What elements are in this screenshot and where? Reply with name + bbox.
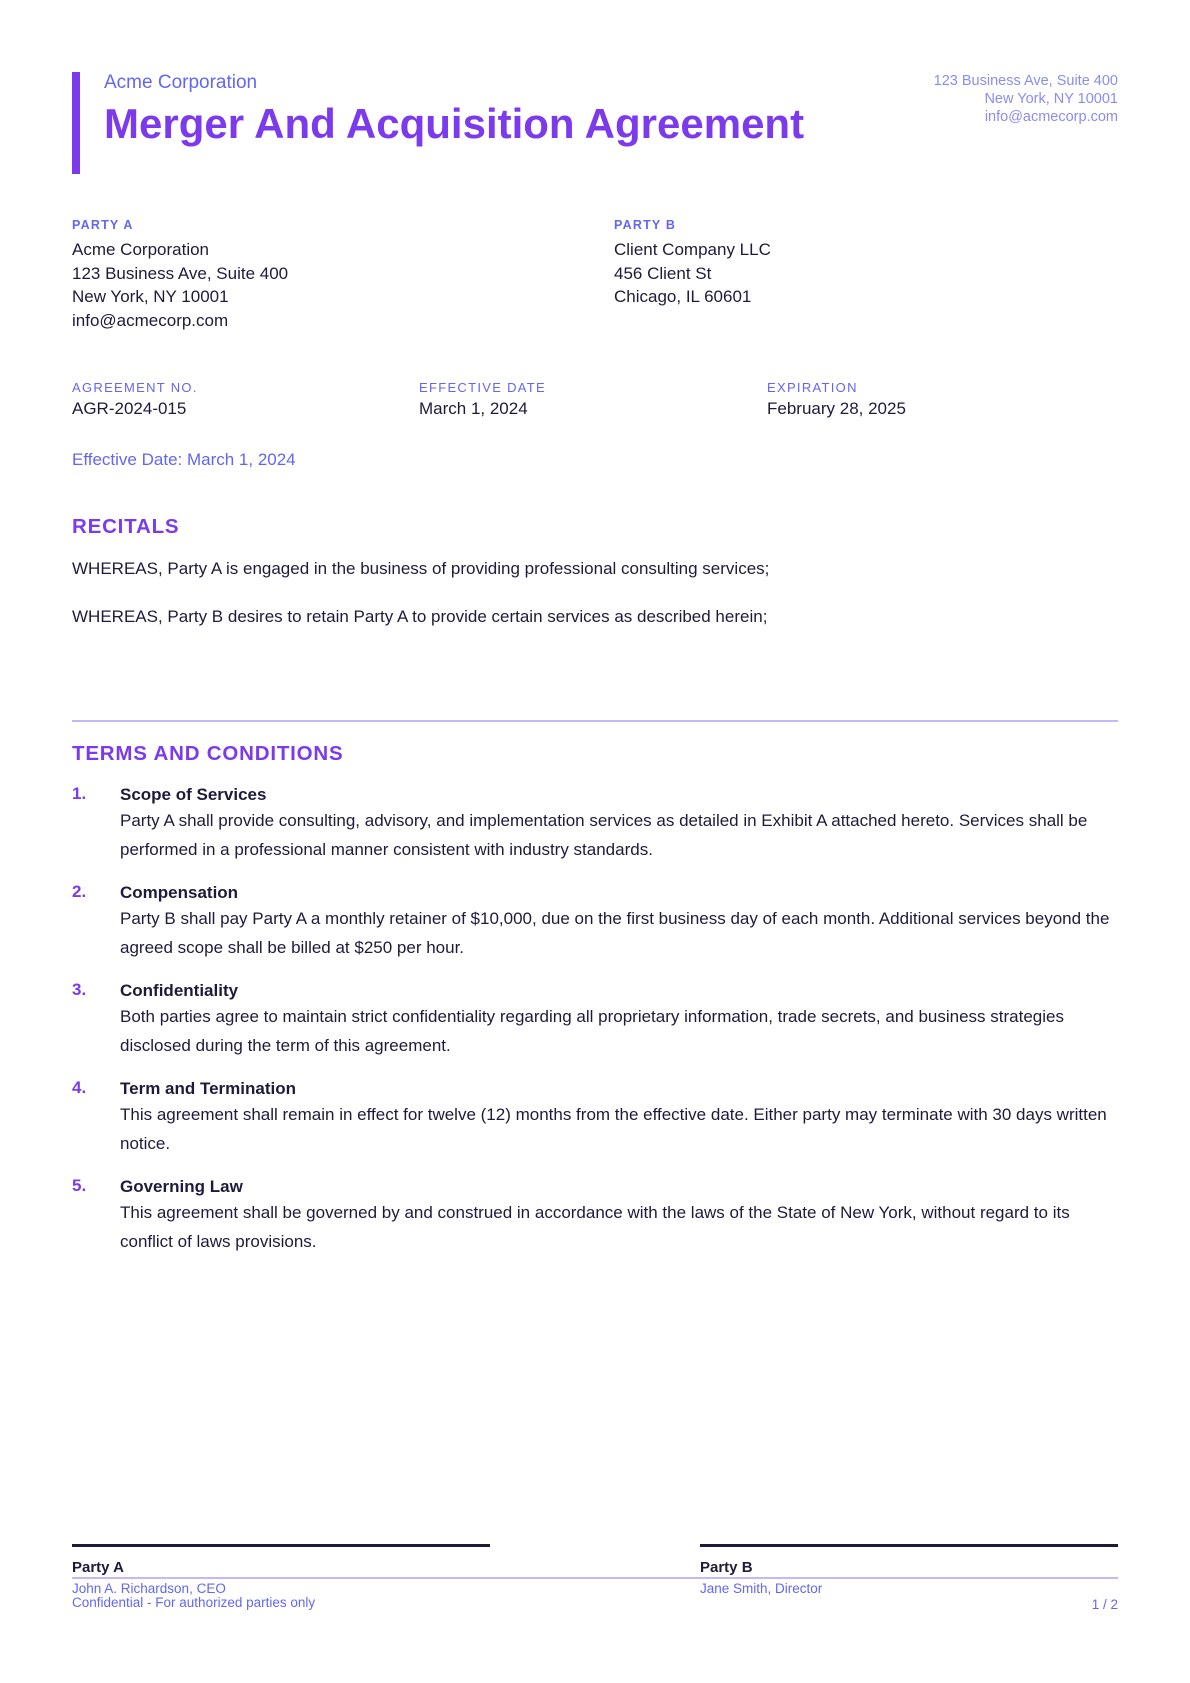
- contact-city: New York, NY 10001: [934, 90, 1118, 108]
- document-title: Merger And Acquisition Agreement: [104, 100, 804, 148]
- agreement-number: AGREEMENT NO. AGR-2024-015: [72, 380, 392, 419]
- term-item: 5. Governing Law This agreement shall be…: [72, 1176, 1118, 1256]
- footer-divider: [72, 1577, 1118, 1579]
- term-item: 1. Scope of Services Party A shall provi…: [72, 784, 1118, 864]
- term-text: Party A shall provide consulting, adviso…: [120, 806, 1118, 864]
- term-title: Term and Termination: [120, 1078, 1118, 1100]
- recital-item: WHEREAS, Party B desires to retain Party…: [72, 607, 767, 627]
- signature-line-party-a[interactable]: [72, 1544, 490, 1547]
- header-contact: 123 Business Ave, Suite 400 New York, NY…: [934, 72, 1118, 126]
- party-a-email: info@acmecorp.com: [72, 309, 552, 333]
- recitals-heading: RECITALS: [72, 515, 179, 539]
- contact-address: 123 Business Ave, Suite 400: [934, 72, 1118, 90]
- confidential-notice: Confidential - For authorized parties on…: [72, 1596, 315, 1610]
- agreement-page: Acme Corporation Merger And Acquisition …: [0, 0, 1190, 1683]
- term-title: Scope of Services: [120, 784, 1118, 806]
- party-a-address: 123 Business Ave, Suite 400: [72, 262, 552, 286]
- term-number: 5.: [72, 1176, 86, 1196]
- party-b-address: 456 Client St: [614, 262, 1094, 286]
- party-b-block: PARTY B Client Company LLC 456 Client St…: [614, 218, 1094, 309]
- effective-date-line: Effective Date: March 1, 2024: [72, 450, 296, 470]
- signatory-party-a: John A. Richardson, CEO: [72, 1582, 226, 1596]
- party-a-block: PARTY A Acme Corporation 123 Business Av…: [72, 218, 552, 332]
- expiration: EXPIRATION February 28, 2025: [767, 380, 1087, 419]
- term-text: This agreement shall remain in effect fo…: [120, 1100, 1118, 1158]
- contact-email: info@acmecorp.com: [934, 108, 1118, 126]
- agreement-number-value: AGR-2024-015: [72, 399, 392, 419]
- party-b-city: Chicago, IL 60601: [614, 285, 1094, 309]
- term-text: This agreement shall be governed by and …: [120, 1198, 1118, 1256]
- term-item: 3. Confidentiality Both parties agree to…: [72, 980, 1118, 1060]
- page-number: 1 / 2: [1092, 1597, 1118, 1612]
- section-divider: [72, 720, 1118, 722]
- expiration-label: EXPIRATION: [767, 380, 1087, 395]
- header-accent-bar: [72, 72, 80, 174]
- agreement-number-label: AGREEMENT NO.: [72, 380, 392, 395]
- term-number: 2.: [72, 882, 86, 902]
- term-number: 3.: [72, 980, 86, 1000]
- effective-date-value: March 1, 2024: [419, 399, 739, 419]
- effective-date: EFFECTIVE DATE March 1, 2024: [419, 380, 739, 419]
- effective-date-label: EFFECTIVE DATE: [419, 380, 739, 395]
- signatory-party-b: Jane Smith, Director: [700, 1582, 822, 1596]
- party-b-name: Client Company LLC: [614, 238, 1094, 262]
- signature-party-b-label: Party B: [700, 1559, 753, 1576]
- party-a-label: PARTY A: [72, 218, 552, 232]
- signature-party-a-label: Party A: [72, 1559, 124, 1576]
- expiration-value: February 28, 2025: [767, 399, 1087, 419]
- signature-line-party-b[interactable]: [700, 1544, 1118, 1547]
- term-text: Both parties agree to maintain strict co…: [120, 1002, 1118, 1060]
- recital-item: WHEREAS, Party A is engaged in the busin…: [72, 559, 769, 579]
- company-name: Acme Corporation: [104, 72, 257, 94]
- party-a-city: New York, NY 10001: [72, 285, 552, 309]
- term-number: 1.: [72, 784, 86, 804]
- term-item: 2. Compensation Party B shall pay Party …: [72, 882, 1118, 962]
- term-title: Compensation: [120, 882, 1118, 904]
- terms-heading: TERMS AND CONDITIONS: [72, 742, 344, 766]
- terms-list: 1. Scope of Services Party A shall provi…: [72, 784, 1118, 1274]
- term-text: Party B shall pay Party A a monthly reta…: [120, 904, 1118, 962]
- term-title: Governing Law: [120, 1176, 1118, 1198]
- term-title: Confidentiality: [120, 980, 1118, 1002]
- party-a-name: Acme Corporation: [72, 238, 552, 262]
- term-item: 4. Term and Termination This agreement s…: [72, 1078, 1118, 1158]
- term-number: 4.: [72, 1078, 86, 1098]
- party-b-label: PARTY B: [614, 218, 1094, 232]
